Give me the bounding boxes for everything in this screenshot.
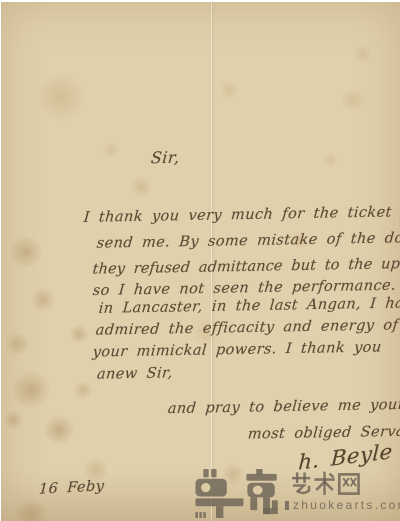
closing-line: most obliged Servant [247, 423, 400, 442]
scanned-letter-image: Sir, I thank you very much for the ticke… [0, 0, 400, 521]
watermark-logo-icon [195, 469, 289, 518]
closing-line: and pray to believe me your [167, 397, 400, 417]
signature: h. Beyle [298, 439, 394, 474]
salutation: Sir, [150, 148, 180, 167]
watermark-site-text: zhuokearts.com [293, 498, 400, 512]
paper: Sir, I thank you very much for the ticke… [1, 2, 400, 521]
body-line: in Lancaster, in the last Angan, I have [98, 295, 400, 317]
date-note: 16 Feby [38, 478, 104, 497]
watermark-cn-text-icon [292, 471, 360, 497]
body-line: send me. By some mistake of the do [96, 230, 400, 251]
body-line: anew Sir, [96, 365, 173, 382]
body-line: they refused admittance but to the upper… [92, 254, 400, 277]
body-line: I thank you very much for the ticket y [83, 204, 400, 226]
body-line: admired the efficacity and energy of [95, 317, 399, 338]
body-line: your mimickal powers. I thank you [92, 339, 382, 360]
watermark-bullet [285, 501, 289, 510]
